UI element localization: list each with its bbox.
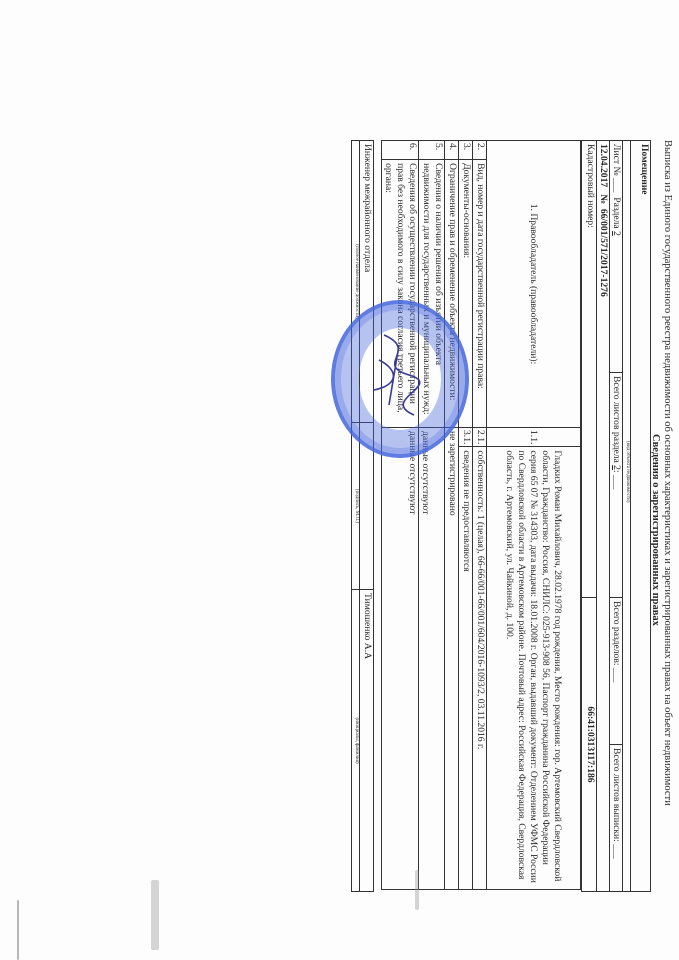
table-row: 2. Вид, номер и дата государственной рег…: [473, 141, 487, 890]
row-value-cell: Гладких Роман Михайлович, 28.02.1978 год…: [487, 447, 581, 890]
section-sheets-suffix: : ___: [611, 470, 622, 489]
signature-table: Инженер межрайонного отдела Тимошенко А.…: [351, 140, 374, 892]
row-number-cell: 3.: [459, 141, 473, 160]
row-label: Сведения о наличии решения об изъятии об…: [421, 163, 444, 415]
cadastral-label: Кадастровый номер:: [585, 144, 596, 228]
section-sheets-label: Всего листов раздела: [611, 376, 622, 463]
sub-number-cell: 2.1.: [473, 428, 487, 447]
row-value-cell: данные отсутствуют: [419, 428, 445, 890]
sub-number: 3.1.: [461, 430, 472, 444]
sub-number-cell: 1.1.: [487, 428, 581, 447]
scan-smudge: [151, 880, 159, 950]
rights-table: 1. Правообладатель (правообладатели): 1.…: [381, 140, 581, 890]
row-number: 6.: [407, 143, 418, 150]
position-cell: Инженер межрайонного отдела: [360, 141, 374, 423]
sheet-value: ___: [611, 178, 622, 192]
sub-number: 2.1.: [475, 430, 486, 444]
row-value-cell: данные отсутствуют: [382, 428, 419, 890]
row-number-cell: 5.: [419, 141, 445, 160]
row-label: Ограничение прав и обременение объекта н…: [447, 163, 458, 400]
document-subtitle: Сведения о зарегистрированных правах: [650, 140, 661, 920]
scan-smudge: [17, 900, 19, 960]
row-value-cell: сведения не предоставляются: [459, 447, 473, 890]
officer-position: Инженер межрайонного отдела: [362, 144, 373, 272]
row-number: 4.: [447, 143, 458, 150]
object-type-cell: Помещение: [631, 141, 651, 892]
total-sheets-label: Всего листов выписки:: [611, 748, 622, 842]
registration-number: 66/001/571/2017-1276: [598, 209, 609, 297]
row-number: 1.: [529, 204, 540, 211]
sub-number: 1.1.: [529, 430, 540, 444]
basis-documents: сведения не предоставляются: [461, 450, 472, 571]
registration-date: 12.04.2017: [598, 144, 609, 187]
name-caption: (инициалы, фамилия): [354, 717, 359, 763]
cadastral-value-cell: 66:41:0313117:186: [582, 598, 597, 892]
table-row: 1. Правообладатель (правообладатели): 1.…: [487, 141, 581, 890]
row-label: Вид, номер и дата государственной регист…: [475, 163, 486, 389]
total-sheets-value: ___: [611, 844, 622, 858]
signature-caption: (подпись, М.П.): [354, 489, 359, 523]
total-sections-cell: Всего разделов: ___: [610, 598, 623, 745]
row-label: Документы-основания:: [461, 163, 472, 258]
registration-number-label: №: [598, 194, 609, 204]
section-sheets-cell: Всего листов раздела 2: ___: [610, 373, 623, 598]
seizure-status: данные отсутствуют: [420, 431, 431, 514]
document-title: Выписка из Единого государственного реес…: [662, 140, 673, 960]
row-label: Сведения об осуществлении государственно…: [383, 163, 418, 413]
registration-right: собственность: 1 (целая), 66-66/001-66/0…: [475, 450, 486, 749]
row-label-cell: Сведения о наличии решения об изъятии об…: [419, 160, 445, 428]
cadastral-label-cell: Кадастровый номер:: [582, 141, 597, 598]
total-sections-label: Всего разделов:: [611, 601, 622, 666]
row-number: 2.: [475, 143, 486, 150]
table-row: 3. Документы-основания: 3.1. сведения не…: [459, 141, 473, 890]
row-label-cell: Вид, номер и дата государственной регист…: [473, 160, 487, 428]
officer-name-cell: Тимошенко А.А: [360, 590, 374, 892]
row-label-cell: Сведения об осуществлении государственно…: [382, 160, 419, 428]
document-page: Выписка из Единого государственного реес…: [0, 0, 679, 960]
cadastral-number: 66:41:0313117:186: [585, 706, 596, 782]
sheet-cell: Лист № ___ Раздела 2: [610, 141, 623, 373]
total-sections-value: ___: [611, 668, 622, 682]
table-row: 6. Сведения об осуществлении государстве…: [382, 141, 419, 890]
header-table: Помещение (вид объекта недвижимости) Лис…: [581, 140, 651, 892]
row-value-cell: собственность: 1 (целая), 66-66/001-66/0…: [473, 447, 487, 890]
row-number-cell: 6.: [382, 141, 419, 160]
registration-cell: 12.04.2017 № 66/001/571/2017-1276: [597, 141, 610, 892]
sheet-label: Лист №: [611, 144, 622, 176]
officer-name: Тимошенко А.А: [362, 593, 373, 659]
row-label-cell: Документы-основания:: [459, 160, 473, 428]
section-value: 2: [611, 231, 622, 236]
row-number: 3.: [461, 143, 472, 150]
signature-cell: [360, 423, 374, 590]
owner-details: Гладких Роман Михайлович, 28.02.1978 год…: [505, 450, 564, 883]
consent-status: данные отсутствуют: [407, 431, 418, 514]
table-row: 4. Ограничение прав и обременение объект…: [445, 141, 459, 890]
row-label-cell: 1. Правообладатель (правообладатели):: [487, 141, 581, 428]
sub-number-cell: 3.1.: [459, 428, 473, 447]
table-row: 5. Сведения о наличии решения об изъятии…: [419, 141, 445, 890]
section-label: Раздела: [611, 197, 622, 228]
total-sheets-cell: Всего листов выписки: ___: [610, 745, 623, 892]
position-caption: (полное наименование должности): [354, 244, 359, 318]
row-label: Правообладатель (правообладатели):: [529, 213, 540, 364]
row-value-cell: не зарегистрировано: [445, 428, 459, 890]
row-number: 5.: [433, 143, 444, 150]
object-type-caption: (вид объекта недвижимости): [625, 441, 630, 502]
scan-smudge: [415, 870, 419, 910]
encumbrance-status: не зарегистрировано: [447, 431, 458, 516]
row-number-cell: 4.: [445, 141, 459, 160]
row-number-cell: 2.: [473, 141, 487, 160]
object-type: Помещение: [639, 144, 650, 195]
row-label-cell: Ограничение прав и обременение объекта н…: [445, 160, 459, 428]
